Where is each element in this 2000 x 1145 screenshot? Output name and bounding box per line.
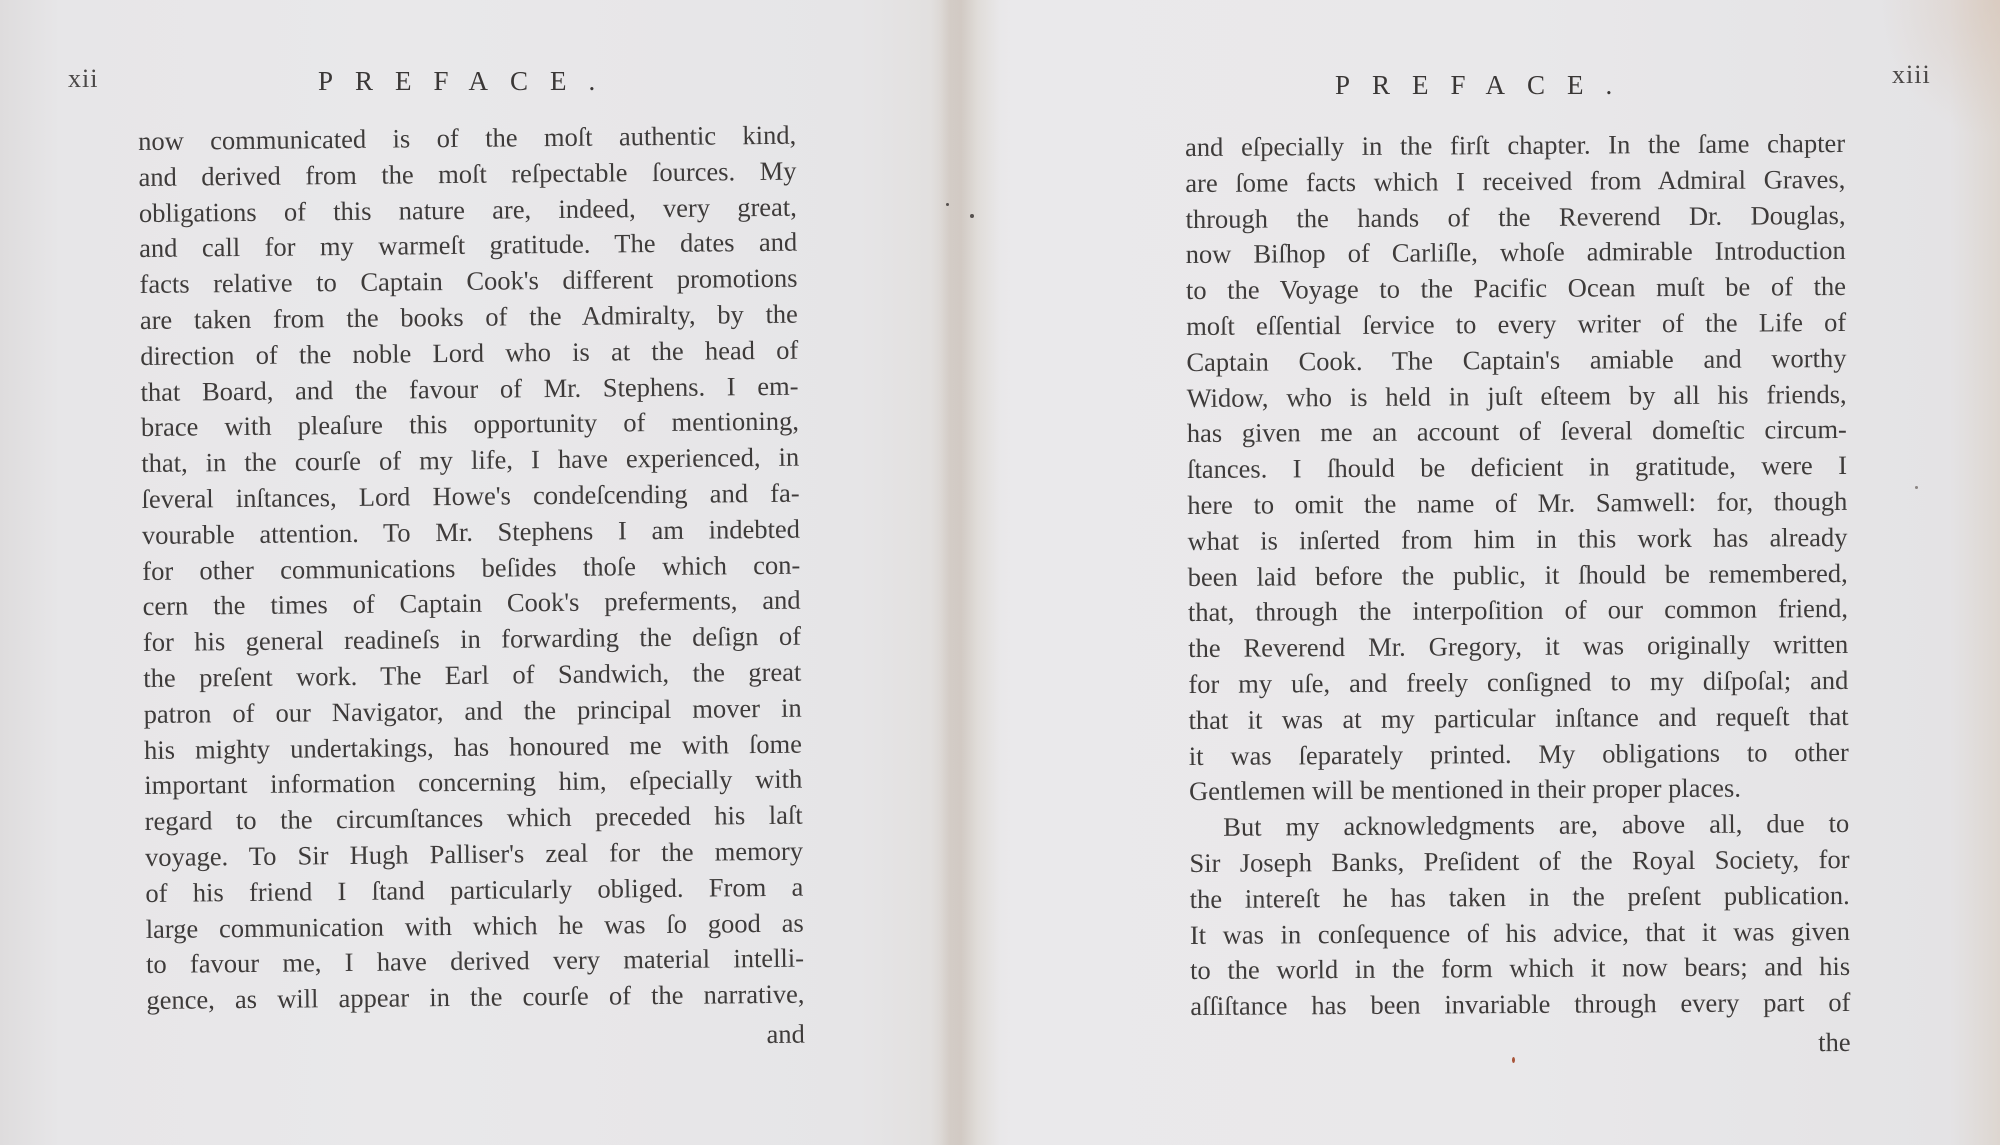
text-line: here to omit the name of Mr. Samwell: fo… <box>1187 484 1847 524</box>
running-head: PREFACE. <box>318 66 617 97</box>
paper-speck <box>970 214 974 218</box>
text-line: what is inſerted from him in this work h… <box>1187 520 1847 560</box>
text-line: It was in conſequence of his advice, tha… <box>1190 913 1850 953</box>
text-line: vourable attention. To Mr. Stephens I am… <box>142 511 800 553</box>
text-line: to the Voyage to the Pacific Ocean muſt … <box>1186 269 1846 309</box>
text-line: now Biſhop of Carliſle, whoſe admirable … <box>1186 233 1846 273</box>
page-text: now communicated is of the moſt authenti… <box>138 118 805 1059</box>
text-line: to the world in the form which it now be… <box>1190 949 1850 989</box>
text-line: and derived from the moſt reſpectable ſo… <box>138 153 796 195</box>
text-line: Gentlemen will be mentioned in their pro… <box>1189 770 1849 810</box>
text-line: Captain Cook. The Captain's amiable and … <box>1186 341 1846 381</box>
text-line: Sir Joseph Banks, Preſident of the Royal… <box>1189 842 1849 882</box>
text-line: aſſiſtance has been invariable through e… <box>1190 985 1850 1025</box>
text-line: gence, as will appear in the courſe of t… <box>146 977 804 1019</box>
text-line: that it was at my particular inſtance an… <box>1188 699 1848 739</box>
paper-speck <box>1915 486 1918 489</box>
text-line: it was ſeparately printed. My obligation… <box>1189 735 1849 775</box>
catchword: the <box>1190 1025 1850 1065</box>
text-line: now communicated is of the moſt authenti… <box>138 118 796 160</box>
text-line: voyage. To Sir Hugh Palliser's zeal for … <box>145 834 803 876</box>
page-text: and eſpecially in the firſt chapter. In … <box>1185 126 1851 1065</box>
text-line: that, through the interpoſition of our c… <box>1188 591 1848 631</box>
text-line: are taken from the books of the Admiralt… <box>140 297 798 339</box>
catchword: and <box>147 1017 805 1059</box>
text-line: patron of our Navigator, and the princip… <box>143 690 801 732</box>
page-number: xii <box>68 64 98 94</box>
book-spread: xii PREFACE. now communicated is of the … <box>0 0 2000 1145</box>
text-line: has given me an account of ſeveral domeſ… <box>1187 412 1847 452</box>
text-line: are ſome facts which I received from Adm… <box>1185 162 1845 202</box>
left-page: xii PREFACE. now communicated is of the … <box>0 0 950 1145</box>
text-line: and eſpecially in the firſt chapter. In … <box>1185 126 1845 166</box>
text-line: of his friend I ſtand particularly oblig… <box>145 869 803 911</box>
ink-spot <box>1512 1057 1515 1063</box>
text-line: for my uſe, and freely conſigned to my d… <box>1188 663 1848 703</box>
running-head: PREFACE. <box>1335 70 1634 101</box>
text-line: ſeveral inſtances, Lord Howe's condeſcen… <box>141 476 799 518</box>
text-line: ſtances. I ſhould be deficient in gratit… <box>1187 448 1847 488</box>
text-line: moſt eſſential ſervice to every writer o… <box>1186 305 1846 345</box>
text-line: the intereſt he has taken in the preſent… <box>1190 878 1850 918</box>
text-line: been laid before the public, it ſhould b… <box>1188 556 1848 596</box>
text-line: through the hands of the Reverend Dr. Do… <box>1185 198 1845 238</box>
paper-speck <box>946 203 949 206</box>
text-line: But my acknowledgments are, above all, d… <box>1189 806 1849 846</box>
page-number: xiii <box>1892 60 1931 90</box>
text-line: the Reverend Mr. Gregory, it was origina… <box>1188 627 1848 667</box>
text-line: the preſent work. The Earl of Sandwich, … <box>143 655 801 697</box>
text-line: direction of the noble Lord who is at th… <box>140 332 798 374</box>
right-page: xiii PREFACE. and eſpecially in the firſ… <box>990 0 2000 1145</box>
text-line: Widow, who is held in juſt eſteem by all… <box>1187 377 1847 417</box>
